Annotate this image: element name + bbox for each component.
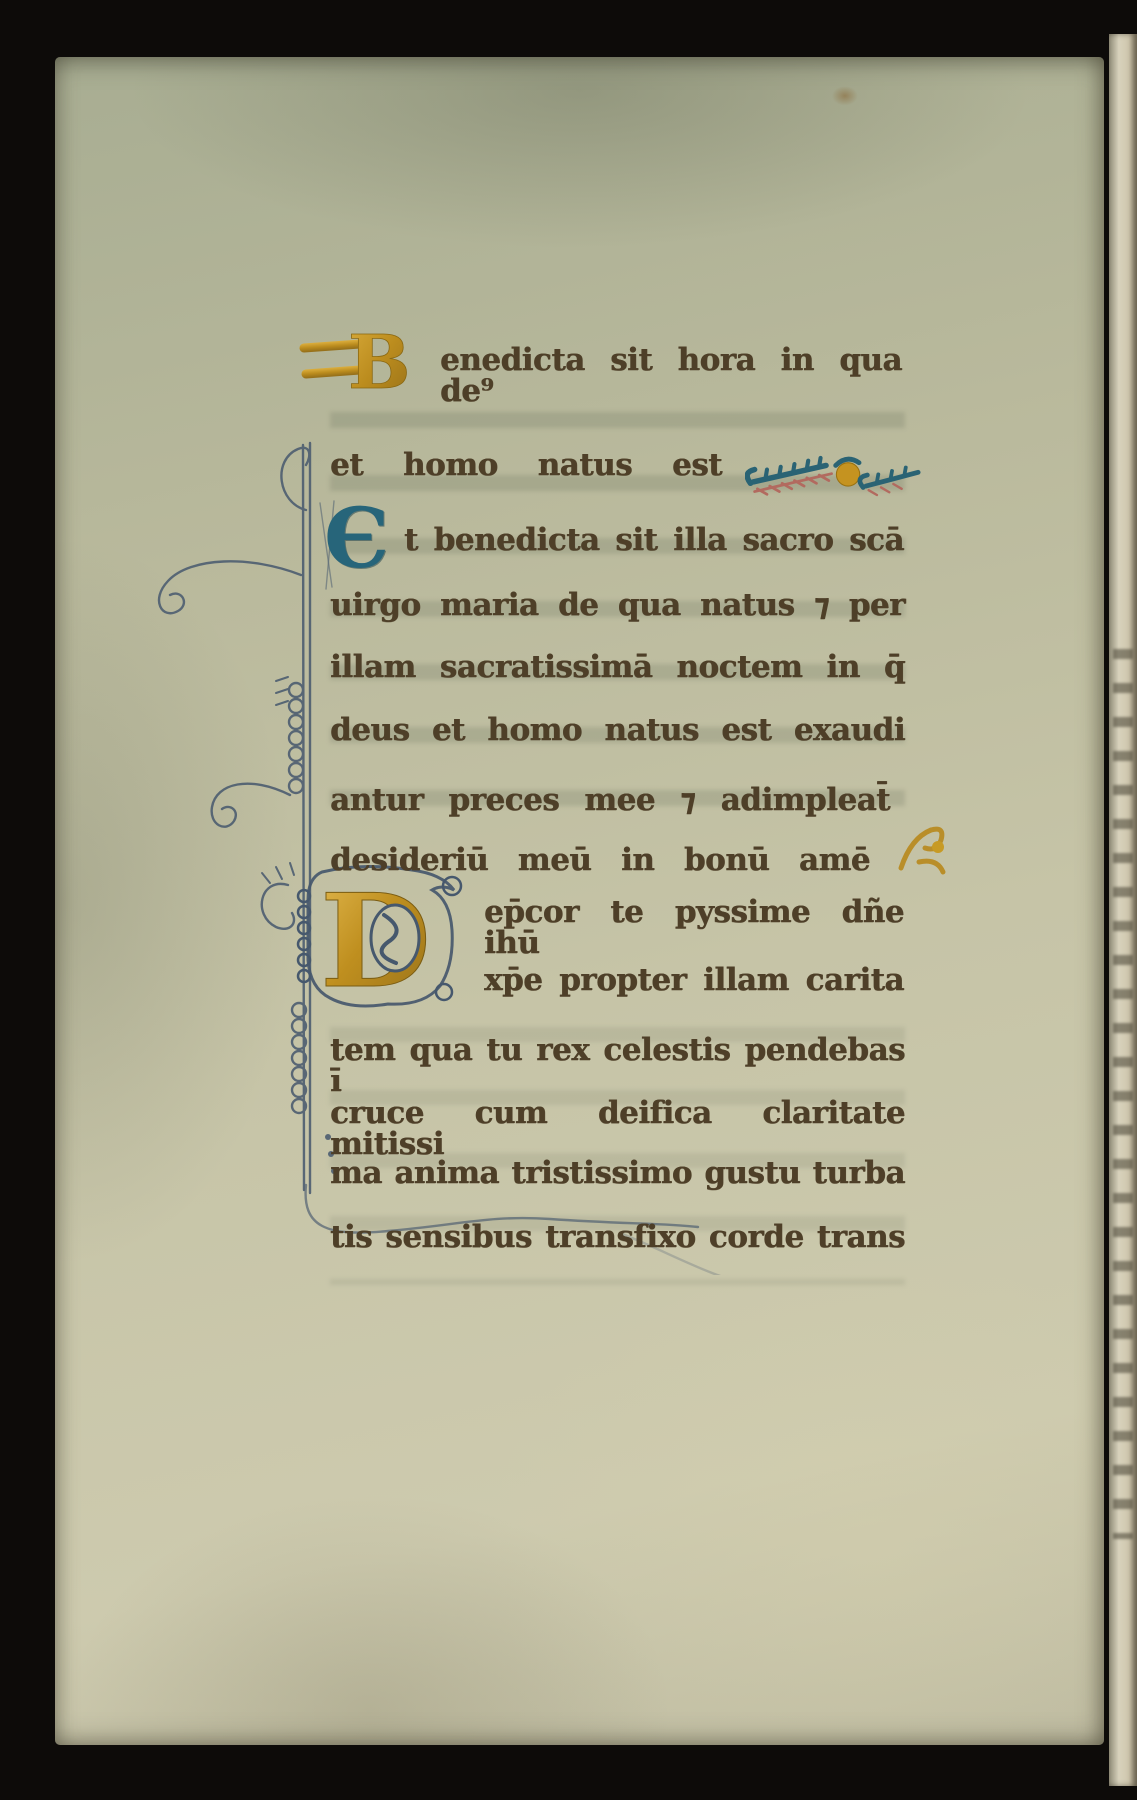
text-line: ep̄cor te pyssime dñe ihū <box>484 897 904 959</box>
text-line: uirgo maria de qua natus ⁊ per <box>330 590 905 621</box>
text-line: cruce cum deifica claritate mitissi <box>330 1098 905 1160</box>
illuminated-initial-e: Є <box>324 498 389 580</box>
text-line: antur preces mee ⁊ adimpleat̄ <box>330 785 890 816</box>
text-line: tis sensibus transfixo corde trans <box>330 1222 905 1253</box>
illuminated-initial-b: B <box>298 318 448 402</box>
next-page-edge <box>1109 34 1137 1786</box>
next-page-showthrough-text <box>1113 649 1133 1539</box>
text-line: deus et homo natus est exaudi <box>330 715 905 746</box>
text-line: et homo natus est <box>330 450 722 481</box>
text-line: tem qua tu rex celestis pendebas ī <box>330 1035 905 1097</box>
text-line: xp̄e propter illam carita <box>484 965 904 996</box>
line-filler-ornament <box>745 444 925 502</box>
line-end-gold-sprig <box>893 816 949 878</box>
manuscript-photo: B Є <box>0 0 1137 1800</box>
text-line: enedicta sit hora in qua de⁹ <box>440 345 902 407</box>
text-line: ma anima tristissimo gustu turba <box>330 1158 905 1189</box>
text-line: illam sacratissimā noctem in q̄ <box>330 652 905 683</box>
svg-text:B: B <box>348 320 411 402</box>
illuminated-initial-d: D <box>292 860 482 1010</box>
text-line: t benedicta sit illa sacro scā <box>404 525 904 556</box>
text-line: desideriū meū in bonū amē <box>330 845 870 876</box>
